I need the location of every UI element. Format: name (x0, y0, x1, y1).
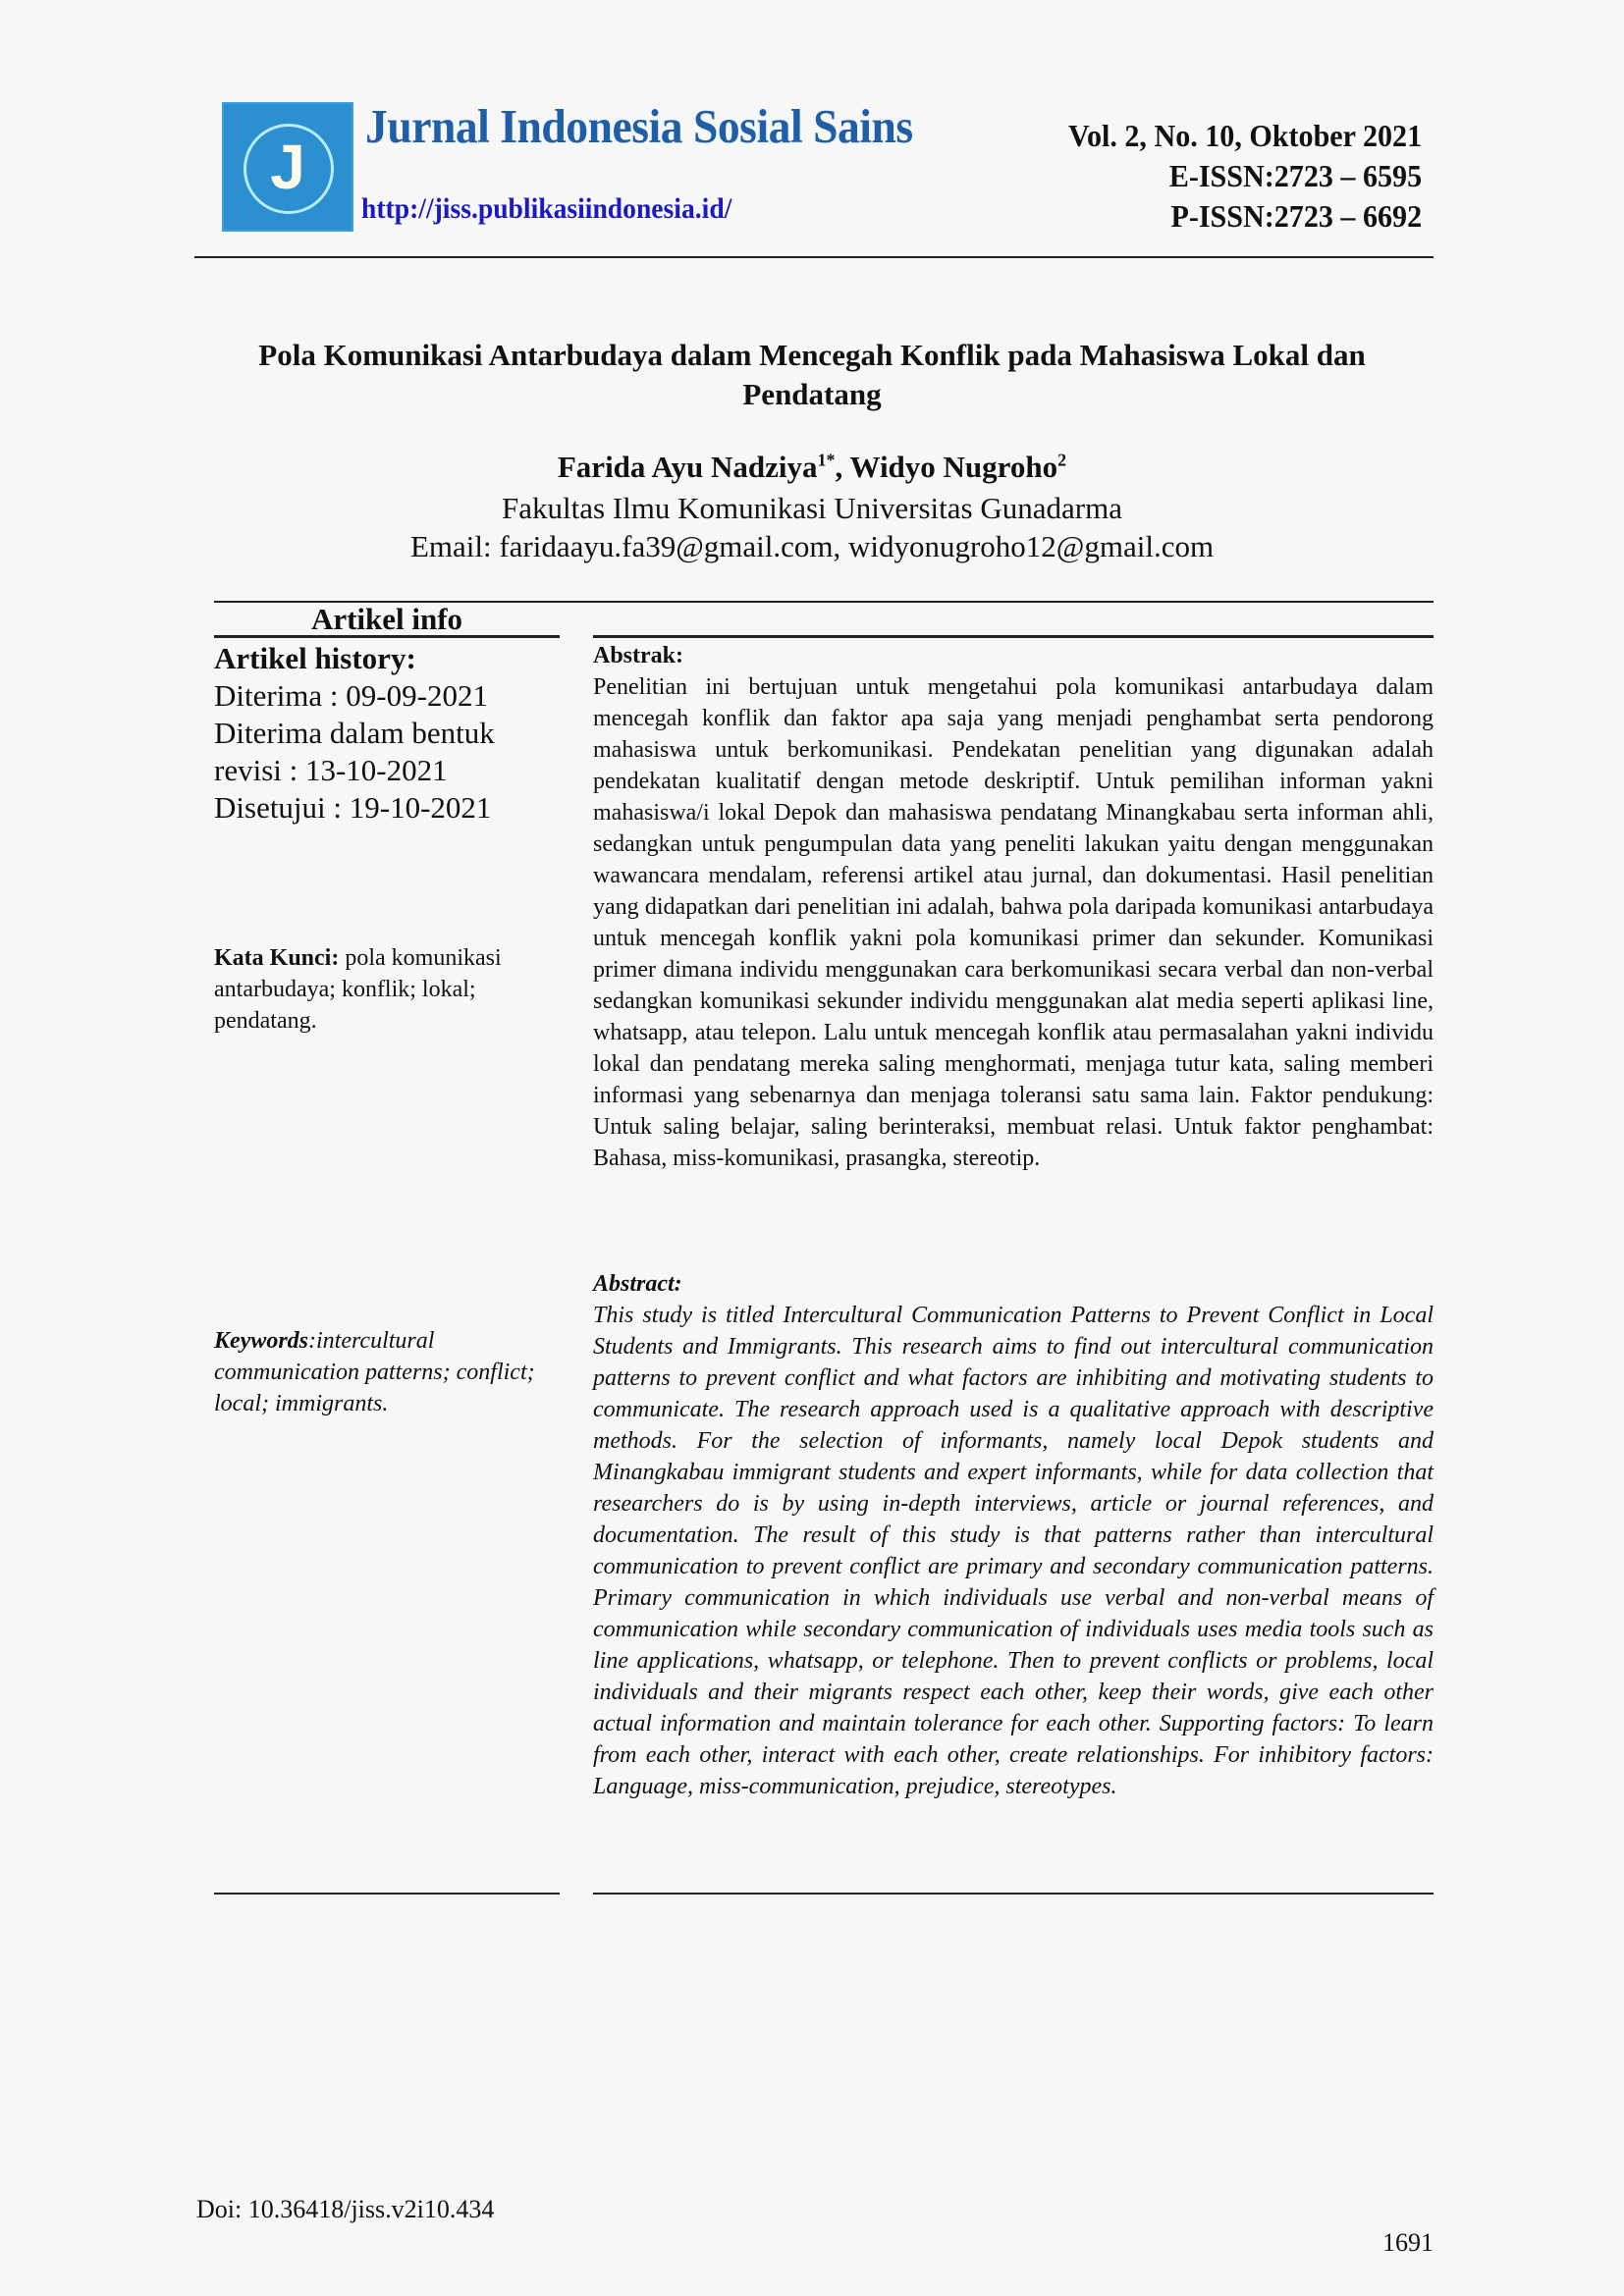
info-right-bottom-rule (593, 1893, 1434, 1895)
author-emails: Email: faridaayu.fa39@gmail.com, widyonu… (196, 529, 1428, 564)
info-left-bottom-rule (214, 1893, 560, 1895)
e-issn: E-ISSN:2723 – 6595 (1068, 156, 1422, 196)
author-name: Widyo Nugroho (850, 450, 1058, 484)
kata-kunci: Kata Kunci: pola komunikasi antarbudaya;… (214, 942, 558, 1037)
abstract-body: This study is titled Intercultural Commu… (593, 1300, 1434, 1802)
journal-name: Jurnal Indonesia Sosial Sains (365, 98, 913, 154)
history-received: Diterima : 09-09-2021 (214, 677, 568, 715)
authors: Farida Ayu Nadziya1*, Widyo Nugroho2 (196, 450, 1428, 485)
author-affil-mark: 1* (818, 451, 836, 470)
journal-logo: J (222, 102, 353, 232)
abstract-heading: Abstract: (593, 1268, 1434, 1300)
header-divider (194, 256, 1434, 258)
kata-kunci-label: Kata Kunci: (214, 945, 339, 971)
article-history: Diterima : 09-09-2021 Diterima dalam ben… (214, 677, 568, 827)
history-revised: revisi : 13-10-2021 (214, 752, 568, 789)
issue-info: Vol. 2, No. 10, Oktober 2021 E-ISSN:2723… (1046, 116, 1422, 237)
info-right-rule (593, 635, 1434, 638)
keywords: Keywords:intercultural communication pat… (214, 1325, 558, 1419)
author-name: Farida Ayu Nadziya (558, 450, 818, 484)
author-affil-mark: 2 (1057, 451, 1066, 470)
page-number: 1691 (1382, 2228, 1434, 2258)
history-heading: Artikel history: (214, 640, 568, 677)
paper-title: Pola Komunikasi Antarbudaya dalam Menceg… (196, 336, 1428, 414)
abstrak-heading: Abstrak: (593, 640, 1434, 671)
author-separator: , (836, 450, 850, 484)
p-issn: P-ISSN:2723 – 6692 (1068, 196, 1422, 237)
journal-url-link[interactable]: http://jiss.publikasiindonesia.id/ (361, 192, 731, 226)
volume-info: Vol. 2, No. 10, Oktober 2021 (1068, 116, 1422, 156)
history-accepted: Disetujui : 19-10-2021 (214, 789, 568, 827)
doi: Doi: 10.36418/jiss.v2i10.434 (196, 2195, 494, 2224)
affiliation: Fakultas Ilmu Komunikasi Universitas Gun… (196, 491, 1428, 526)
logo-letter: J (222, 128, 353, 206)
abstrak-body: Penelitian ini bertujuan untuk mengetahu… (593, 671, 1434, 1174)
artikel-info-heading: Artikel info (214, 603, 560, 636)
history-revised-label: Diterima dalam bentuk (214, 715, 568, 752)
keywords-label: Keywords (214, 1328, 308, 1354)
